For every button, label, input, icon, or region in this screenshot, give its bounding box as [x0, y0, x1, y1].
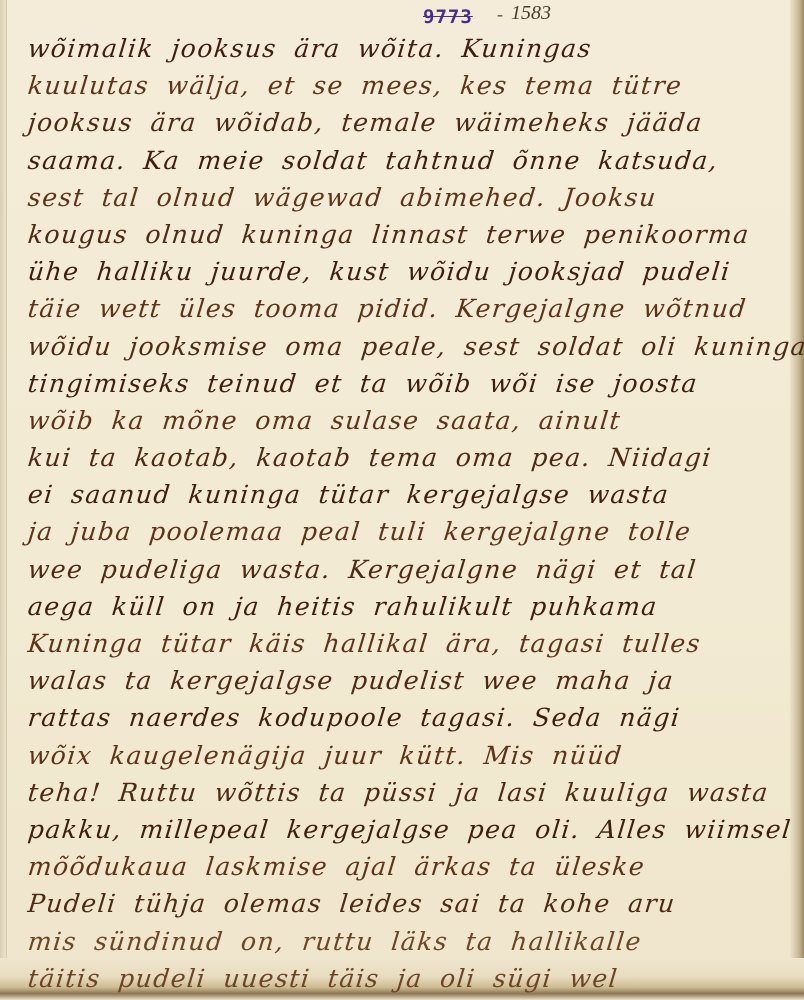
- text-line: wee pudeliga wasta. Kergejalgne nägi et …: [26, 551, 780, 588]
- text-line: teha! Ruttu wõttis ta püssi ja lasi kuul…: [26, 774, 780, 811]
- text-line: pakku, millepeal kergejalgse pea oli. Al…: [26, 811, 780, 848]
- text-line: wõidu jooksmise oma peale, sest soldat o…: [26, 328, 780, 365]
- text-line: mõõdukaua laskmise ajal ärkas ta üleske: [26, 848, 780, 885]
- text-line: mis sündinud on, ruttu läks ta hallikall…: [26, 923, 780, 960]
- text-line: wõib ka mõne oma sulase saata, ainult: [26, 402, 780, 439]
- text-line: ja juba poolemaa peal tuli kergejalgne t…: [26, 513, 780, 550]
- text-line: aega küll on ja heitis rahulikult puhkam…: [26, 588, 780, 625]
- stamp-separator: -: [497, 4, 503, 25]
- page-right-edge: [790, 0, 804, 1000]
- text-line: kuulutas wälja, et se mees, kes tema tüt…: [26, 67, 780, 104]
- text-line: Kuninga tütar käis hallikal ära, tagasi …: [26, 625, 780, 662]
- text-line: Pudeli tühja olemas leides sai ta kohe a…: [26, 885, 780, 922]
- archive-number: 1583: [511, 2, 551, 25]
- text-line: tingimiseks teinud et ta wõib wõi ise jo…: [26, 365, 780, 402]
- text-line: wõix kaugelenägija juur kütt. Mis nüüd: [26, 737, 780, 774]
- text-line: täie wett üles tooma pidid. Kergejalgne …: [26, 290, 780, 327]
- manuscript-page: 9773 - 1583 wõimalik jooksus ära wõita. …: [0, 0, 804, 1000]
- text-line: walas ta kergejalgse pudelist wee maha j…: [26, 662, 780, 699]
- text-line: ei saanud kuninga tütar kergejalgse wast…: [26, 476, 780, 513]
- handwritten-text-block: wõimalik jooksus ära wõita. Kuningas kuu…: [28, 30, 778, 997]
- text-line: ühe halliku juurde, kust wõidu jooksjad …: [26, 253, 780, 290]
- text-line: rattas naerdes kodupoole tagasi. Seda nä…: [26, 699, 780, 736]
- text-line: wõimalik jooksus ära wõita. Kuningas: [26, 30, 780, 67]
- text-line: kougus olnud kuninga linnast terwe penik…: [26, 216, 780, 253]
- text-line: täitis pudeli uuesti täis ja oli sügi we…: [26, 960, 780, 997]
- text-line: jooksus ära wõidab, temale wäimeheks jää…: [26, 104, 780, 141]
- text-line: kui ta kaotab, kaotab tema oma pea. Niid…: [26, 439, 780, 476]
- text-line: sest tal olnud wägewad abimehed. Jooksu: [26, 179, 780, 216]
- text-line: saama. Ka meie soldat tahtnud õnne katsu…: [26, 142, 780, 179]
- page-left-edge: [0, 0, 7, 1000]
- archive-stamp: 9773: [423, 6, 473, 28]
